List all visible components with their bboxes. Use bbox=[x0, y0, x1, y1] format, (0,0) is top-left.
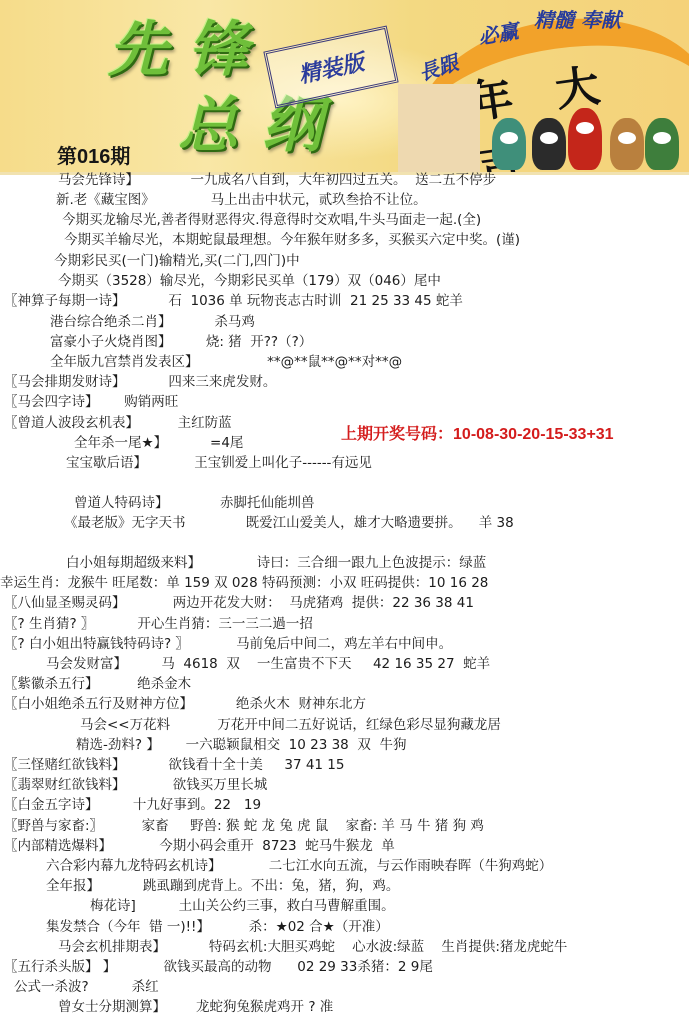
last-draw-label: 上期开奖号码： bbox=[341, 426, 453, 443]
text-line: 马会先锋诗】 一九成名八自到，大年初四过五关。 送二五不停步 bbox=[58, 171, 496, 189]
text-line: 马会发财富】 马 4618 双 一生富贵不下天 42 16 35 27 蛇羊 bbox=[46, 655, 490, 673]
text-line: 〖野兽与家畜:〗 家畜 野兽: 猴 蛇 龙 兔 虎 鼠 家畜: 羊 马 牛 猪 … bbox=[4, 817, 484, 835]
text-line: 新.老《藏宝图》 马上出击中状元，贰玖叁拾不让位。 bbox=[56, 191, 427, 209]
last-draw-values: 10-08-30-20-15-33+31 bbox=[453, 426, 614, 443]
text-line: 〖白小姐绝杀五行及财神方位】 绝杀火木 财神东北方 bbox=[4, 695, 366, 713]
text-line: 全年报】 跳虱蹦到虎背上。不出：兔，猪，狗，鸡。 bbox=[46, 877, 399, 895]
text-line: 〖紫徽杀五行】 绝杀金木 bbox=[4, 675, 191, 693]
mascot-icon-2 bbox=[532, 118, 566, 170]
text-line: 今期买（3528）输尽光，今期彩民买单（179）双（046）尾中 bbox=[58, 272, 441, 290]
text-line: 梅花诗] 土山关公约三事，救白马曹解重围。 bbox=[90, 897, 395, 915]
text-line: 六合彩内幕九龙特码玄机诗】 二七江水向五流，与云作雨映春晖（牛狗鸡蛇） bbox=[46, 857, 552, 875]
text-line: 〖八仙显圣赐灵码】 两边开花发大财： 马虎猪鸡 提供：22 36 38 41 bbox=[4, 594, 474, 612]
text-line: 全年杀一尾★】 =4尾 bbox=[74, 434, 243, 452]
text-line: 精选-劲料? 】 一六聪颖鼠相交 10 23 38 双 牛狗 bbox=[76, 736, 406, 754]
text-line: 港台综合绝杀二肖】 杀马鸡 bbox=[50, 313, 255, 331]
text-line: 〖内部精选爆料】 今期小码会重开 8723 蛇马牛猴龙 单 bbox=[4, 837, 395, 855]
text-line: 〖翡翠财红欲钱料】 欲钱买万里长城 bbox=[4, 776, 267, 794]
header-banner: 先 锋 总 纲 精装版 必赢 精髓 奉献 長跟 年 大 吉 第016期 bbox=[0, 0, 689, 172]
title-char-4: 纲 bbox=[262, 96, 322, 156]
text-line: 幸运生肖：龙猴牛 旺尾数：单 159 双 028 特码预测：小双 旺码提供：10… bbox=[0, 574, 488, 592]
title-char-1: 先 bbox=[108, 20, 168, 80]
mascot-icon-4 bbox=[610, 118, 644, 170]
text-line: 〖? 白小姐出特赢钱特码诗? 〗 马前兔后中间二，鸡左羊右中间申。 bbox=[4, 635, 452, 653]
text-line: 马会<<万花料 万花开中间二五好说话，红绿色彩尽显狗藏龙居 bbox=[80, 716, 501, 734]
text-line: 曾道人特码诗】 赤脚托仙能圳兽 bbox=[74, 494, 315, 512]
title-char-2: 锋 bbox=[188, 20, 248, 80]
text-line: 〖马会四字诗】 购销两旺 bbox=[4, 393, 178, 411]
tag-jing-sui: 精髓 奉献 bbox=[534, 4, 621, 33]
title-char-3: 总 bbox=[178, 96, 238, 156]
last-draw-numbers: 上期开奖号码：10-08-30-20-15-33+31 bbox=[341, 421, 614, 444]
text-line: 〖白金五字诗】 十九好事到。22 19 bbox=[4, 796, 261, 814]
text-line: 今期买羊输尽光，本期蛇鼠最理想。今年猴年财多多，买猴买六定中奖。(谨) bbox=[64, 231, 520, 249]
text-line: 集发禁合（今年 错 一)!!】 杀：★02 合★（开准） bbox=[46, 918, 389, 936]
banner-patch bbox=[398, 84, 480, 172]
mascot-icon-3 bbox=[568, 108, 602, 170]
text-line: 宝宝歇后语】 王宝钏爱上叫化子------有远见 bbox=[66, 454, 372, 472]
text-line: 公式一杀波? 杀红 bbox=[14, 978, 159, 996]
edition-badge-label: 精装版 bbox=[295, 45, 366, 89]
text-line: 富豪小子火烧肖图】 烧: 猪 开??（?） bbox=[50, 333, 312, 351]
text-line: 曾女士分期测算】 龙蛇狗兔猴虎鸡开 ? 准 bbox=[58, 998, 333, 1016]
text-line: 《最老版》无字天书 既爱江山爱美人，雄才大略遗要拼。 羊 38 bbox=[64, 514, 514, 532]
mascot-icon-5 bbox=[645, 118, 679, 170]
text-line: 〖三怪赌红欲钱料】 欲钱看十全十美 37 41 15 bbox=[4, 756, 345, 774]
text-line: 〖马会排期发财诗】 四来三来虎发财。 bbox=[4, 373, 276, 391]
text-line: 全年版九宫禁肖发表区】 **@**鼠**@**对**@ bbox=[50, 353, 402, 371]
text-line: 〖五行杀头版】 】 欲钱买最高的动物 02 29 33杀猪：2 9尾 bbox=[4, 958, 433, 976]
text-line: 马会玄机排期表】 特码玄机:大胆买鸡蛇 心水波:绿蓝 生肖提供:猪龙虎蛇牛 bbox=[58, 938, 567, 956]
text-line: 〖曾道人波段玄机表】 主红防蓝 bbox=[4, 414, 232, 432]
text-line: 今期买龙输尽光,善者得财恶得灾.得意得时交欢唱,牛头马面走一起.(全) bbox=[62, 211, 481, 229]
issue-number: 第016期 bbox=[57, 140, 130, 169]
text-line: 白小姐每期超级来料】 诗曰：三合细一跟九上色波提示：绿蓝 bbox=[66, 554, 486, 572]
mascot-icon-1 bbox=[492, 118, 526, 170]
text-line: 〖神算子每期一诗】 石 1036 单 玩物丧志古时训 21 25 33 45 蛇… bbox=[4, 292, 463, 310]
text-line: 〖? 生肖猜? 〗 开心生肖猜：三一三二過一招 bbox=[4, 615, 313, 633]
text-line: 今期彩民买(一门)输精光,买(二门,四门)中 bbox=[54, 252, 300, 270]
